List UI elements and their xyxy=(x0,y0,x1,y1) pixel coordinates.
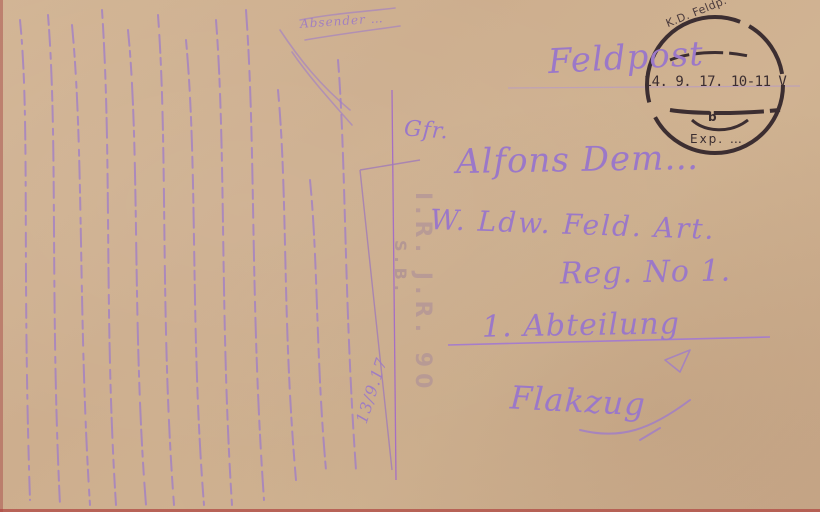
postcard: K.D. Feldp. 14. 9. 17. 10-11 V b Exp. … … xyxy=(0,0,820,512)
address-service: Feldpost xyxy=(547,34,705,82)
unit-stamp-line2: S.B. xyxy=(391,240,410,296)
address-rank: Gfr. xyxy=(403,116,449,144)
postmark-date: 14. 9. 17. 10-11 V xyxy=(640,74,790,90)
postmark-letter: b xyxy=(708,110,717,124)
address-regiment: Reg. No 1. xyxy=(560,254,732,292)
address-detachment: 1. Abteilung xyxy=(482,306,680,344)
address-section: Flakzug xyxy=(509,378,647,423)
address-name: Alfons Dem… xyxy=(456,138,700,182)
